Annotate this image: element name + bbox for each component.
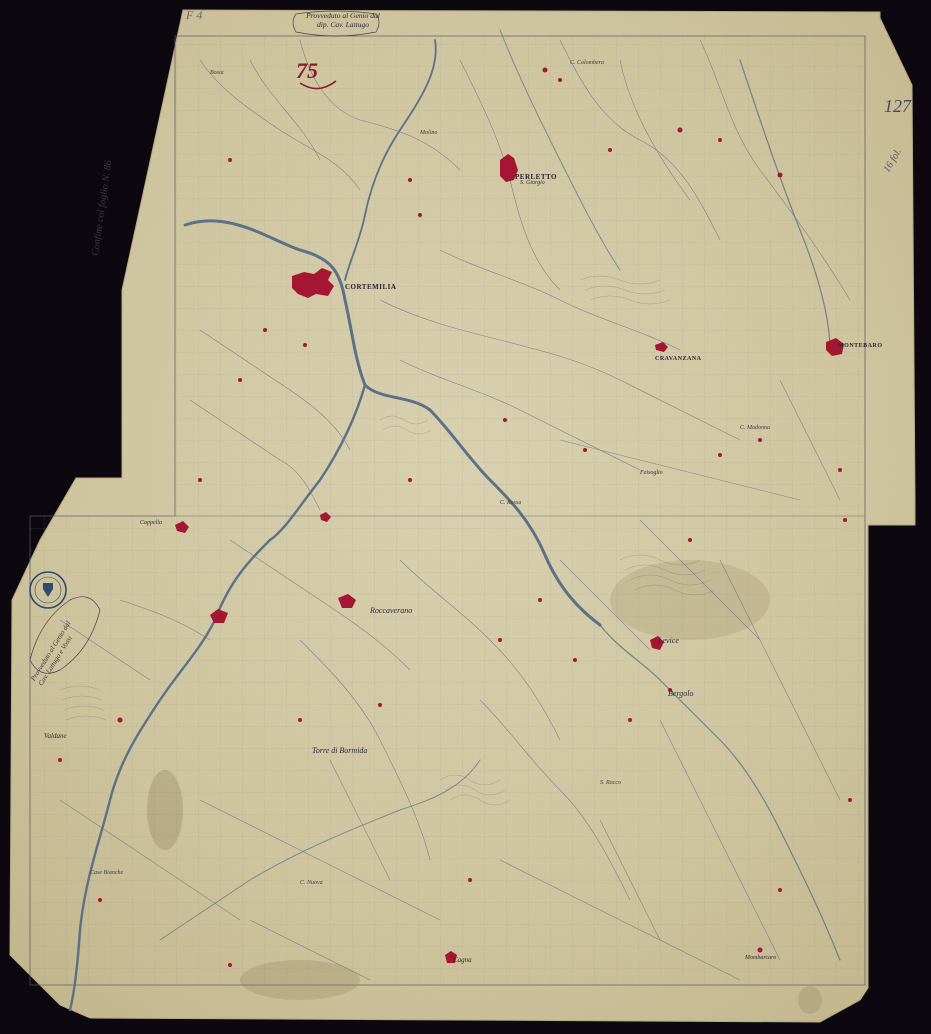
place-label: C. Colombera <box>570 60 604 66</box>
top-cartouche-text: Provveduto al Genio dal dip. Cav. Lattug… <box>300 11 386 29</box>
place-label: MONTEBARO <box>838 343 883 349</box>
place-label: Cagna <box>453 956 472 964</box>
place-label: Mombarcaro <box>745 955 776 961</box>
place-label: Valdane <box>44 732 67 740</box>
place-label: C. Nuova <box>300 880 323 886</box>
place-label: Roccaverano <box>370 606 412 615</box>
sheet-number: 75 <box>296 58 318 84</box>
place-label: Molino <box>420 130 437 136</box>
place-label: Torre di Bormida <box>312 746 367 755</box>
place-label: Bosia <box>210 70 224 76</box>
place-label: Cappella <box>140 520 162 526</box>
place-label: Bergolo <box>668 689 693 698</box>
map-sheet: Provveduto al Genio dal dip. Cav. Lattug… <box>0 0 931 1034</box>
place-label: Feisoglio <box>640 470 663 476</box>
place-label: CORTEMILIA <box>345 283 396 291</box>
place-label: S. Giorgio <box>520 180 545 186</box>
place-label: Case Bianche <box>90 870 123 876</box>
place-label: Levice <box>658 636 679 645</box>
top-left-mark: F 4 <box>186 8 202 23</box>
place-label: CRAVANZANA <box>655 356 701 362</box>
place-label: C. Rossa <box>500 500 521 506</box>
place-label: S. Rocco <box>600 780 621 786</box>
right-margin-number: 127 <box>884 96 911 117</box>
place-label: C. Madonna <box>740 425 770 431</box>
map-canvas <box>0 0 931 1034</box>
